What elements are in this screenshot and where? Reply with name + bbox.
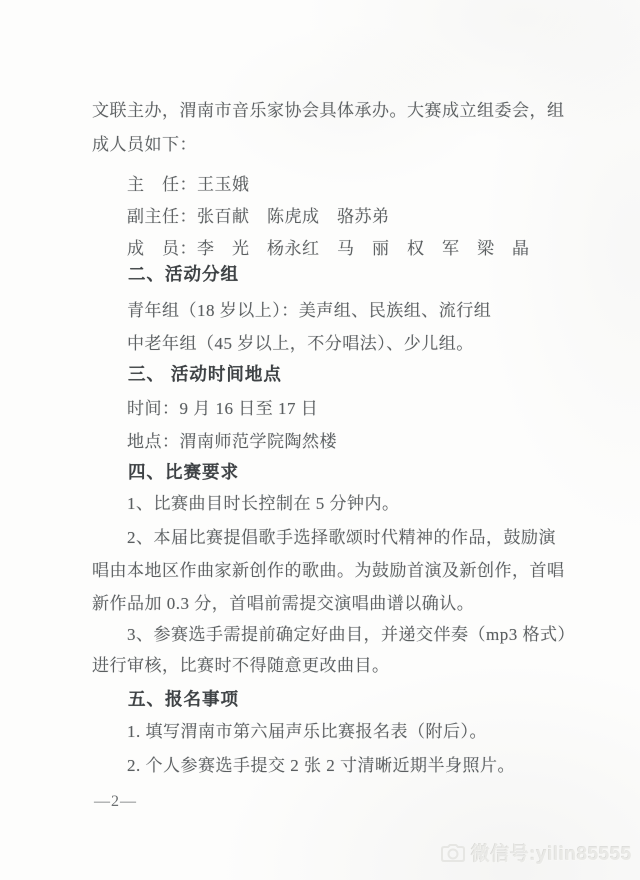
- intro-line-1: 文联主办，渭南市音乐家协会具体承办。大赛成立组委会，组: [92, 96, 565, 121]
- section-5-item-1: 1. 填写渭南市第六届声乐比赛报名表（附后）。: [127, 717, 487, 742]
- committee-members-line: 成 员：李 光 杨永红 马 丽 权 军 梁 晶: [127, 234, 530, 259]
- watermark-camera-icon: [440, 843, 466, 863]
- section-4-item-3-line-2: 进行审核，比赛时不得随意更改曲目。: [92, 651, 390, 676]
- section-4-item-3-line-1: 3、参赛选手需提前确定好曲目，并递交伴奏（mp3 格式）: [127, 620, 575, 645]
- section-4-item-1: 1、比赛曲目时长控制在 5 分钟内。: [127, 489, 400, 514]
- section-3-heading: 三、 活动时间地点: [128, 361, 282, 386]
- section-4-item-2-line-1: 2、本届比赛提倡歌手选择歌颂时代精神的作品，鼓励演: [127, 523, 556, 548]
- committee-chair-line: 主 任：王玉娥: [127, 170, 250, 195]
- committee-vice-line: 副主任：张百献 陈虎成 骆苏弟: [127, 202, 390, 227]
- section-4-heading: 四、比赛要求: [128, 459, 239, 484]
- section-2-line-2: 中老年组（45 岁以上，不分唱法）、少儿组。: [127, 329, 474, 354]
- wechat-watermark: 微信号:yilin85555: [440, 839, 632, 866]
- section-3-time-line: 时间：9 月 16 日至 17 日: [127, 394, 318, 419]
- scanned-document-page: 文联主办，渭南市音乐家协会具体承办。大赛成立组委会，组 成人员如下： 主 任：王…: [0, 0, 640, 880]
- section-4-item-2-line-2: 唱由本地区作曲家新创作的歌曲。为鼓励首演及新创作，首唱: [92, 556, 565, 581]
- section-4-item-2-line-3: 新作品加 0.3 分，首唱前需提交演唱曲谱以确认。: [92, 589, 474, 614]
- page-number: —2—: [94, 793, 137, 811]
- section-2-heading: 二、活动分组: [128, 261, 239, 286]
- intro-line-2: 成人员如下：: [92, 130, 197, 155]
- section-5-item-2: 2. 个人参赛选手提交 2 张 2 寸清晰近期半身照片。: [127, 751, 515, 776]
- section-5-heading: 五、报名事项: [128, 686, 239, 711]
- section-2-line-1: 青年组（18 岁以上）：美声组、民族组、流行组: [127, 296, 491, 321]
- watermark-text: 微信号:yilin85555: [471, 839, 632, 866]
- section-3-place-line: 地点：渭南师范学院陶然楼: [127, 427, 337, 452]
